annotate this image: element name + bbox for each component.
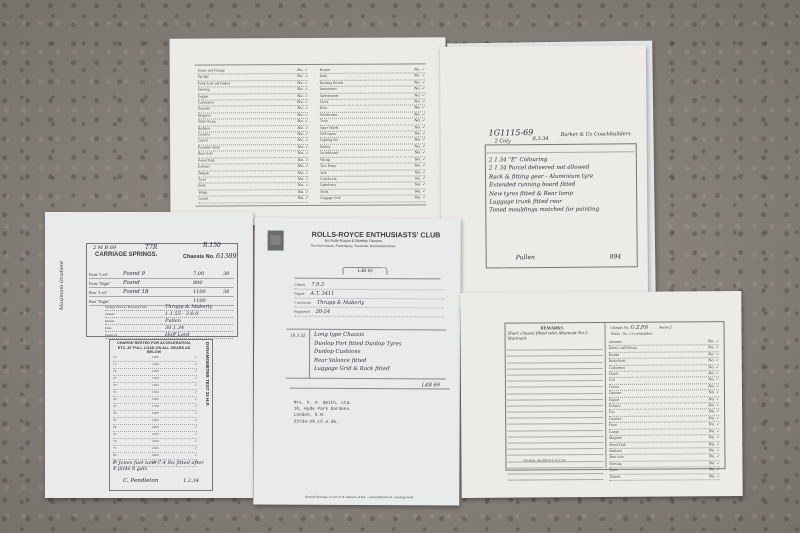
springs-row: Rear "Left"Fosnd 18110038 [89,288,234,297]
checklist-mark: No. ✓ [414,67,425,72]
checklist-item: Running Boards [320,81,343,87]
springs-row-value: Fosnd 18 [123,289,173,295]
checklist-mark: No. ✓ [298,177,309,182]
springs-field-value: 1.1.55 - 3.0.0 [165,311,199,317]
checklist-mark: No. ✓ [298,170,309,175]
remarks-item: Bonnet [609,353,619,358]
remarks-mark: No. ✓ [709,467,720,472]
springs-field-label: Springs fitted to Bodying Firm [105,305,165,309]
springs-row-v2: 38 [223,289,229,295]
checklist-item: Horn [320,106,327,111]
remarks-footer: NO MAIL OR SERVICE TO CAR [523,458,565,462]
checklist-mark: No. ✓ [414,112,425,117]
checklist-item: Spare Wheel [320,125,338,131]
checklist-mark: No. ✓ [297,81,308,86]
checklist-mark: No. ✓ [297,126,308,131]
order-ref: 1G1115-69 [489,128,534,137]
checklist-item: Engine [198,94,208,99]
dyno-side-title: DYNAMOMETER TEST 25 H.P. [205,342,210,406]
checklist-mark: No. ✓ [297,119,308,124]
remarks-mark: No. ✓ [709,429,720,434]
checklist-mark: No. ✓ [298,158,309,163]
checklist-right-column: BonnetNo. ✓DashNo. ✓Running BoardsNo. ✓I… [320,67,426,202]
remarks-mark: No. ✓ [708,346,719,351]
checklist-item: Tyre Pump [320,164,336,169]
recipient-line: 22734-29.12.4.36. [294,419,352,426]
springs-handwritten-header: 2 M B 69 [93,245,116,251]
checklist-item: Hood [320,190,328,195]
springs-row-label: Rear "Right" [89,299,123,304]
checklist-item: Wings [198,190,207,195]
dyno-signature: C. Pendleton [123,478,158,484]
dyno-speed: 15 [113,362,116,368]
remarks-mark: No. ✓ [708,352,719,357]
remarks-mark: No. ✓ [709,461,720,466]
checklist-mark: No. ✓ [298,164,309,169]
springs-row-v1: 7.00 [193,271,223,277]
checklist-item: Wheels [198,171,209,176]
dyno-rpm: 2000 [152,425,159,431]
dyno-grid-row: 802400✓ [113,453,197,460]
checklist-mark: No. ✓ [297,132,308,137]
remarks-item: Coil [609,378,615,383]
checklist-left-column: Frame and FittingsNo. ✓SpringsNo. ✓Front… [198,68,309,203]
springs-field: InspectorHoff Lord [105,332,233,339]
remarks-mark: No. ✓ [708,397,719,402]
remarks-item: Carburettor [609,365,626,371]
checklist-row: Luggage GridNo. ✓ [320,196,425,203]
checklist-mark: No. ✓ [414,74,425,79]
checklist-mark: No. ✓ [414,131,425,136]
order-signature: Pullen [516,254,535,261]
dyno-speed: 20 [113,369,116,375]
remarks-item: Gearbox [609,417,621,422]
remarks-item: Cutout [609,385,619,390]
dyno-side-value: 25 H.P. [205,392,210,406]
dyno-rpm: 2300 [152,446,159,452]
checklist-mark: No. ✓ [298,190,309,195]
remarks-mark: No. ✓ [708,371,719,376]
letter-entry-value: Thrupp & Maberly [317,300,364,306]
remarks-mark: No. ✓ [709,435,720,440]
springs-type: T7R [145,244,157,251]
checklist-item: Exhaust [198,165,210,170]
checklist-item: Dynamo [198,107,210,112]
dyno-mark: ✓ [194,432,197,438]
remarks-item: Engine [609,398,619,403]
letter-entry-label: Coachwork [294,301,311,305]
order-customer: Barker & Co Coachbuilders [561,131,631,138]
springs-row-value: Fosnd 9 [123,271,173,277]
checklist-item: Coachwork [320,177,337,182]
checklist-mark: No. ✓ [297,68,308,73]
remarks-sheet-document: REMARKS. Short chassis fitted with Altam… [460,291,742,498]
remarks-item: Tyres [610,468,618,473]
checklist-mark: No. ✓ [297,100,308,105]
checklist-mark: No. ✓ [415,183,426,188]
checklist-mark: No. ✓ [414,138,425,143]
order-line: Toned mouldings matched for painting [489,206,599,215]
dyno-grid-row: 652100✓ [113,432,197,439]
checklist-item: Bonnet [320,68,330,73]
dyno-speed: 55 [113,418,116,424]
letter-entry-label: Chassis [294,283,305,287]
springs-row-v1: 1100 [193,289,223,295]
checklist-item: Speedometer [320,93,339,99]
checklist-mark: No. ✓ [414,80,425,85]
dyno-mark: ✓ [194,446,197,452]
checklist-item: Instruments [320,87,337,92]
dyno-mark: ✓ [194,362,197,368]
dyno-rpm: 1400 [152,383,159,389]
dyno-rpm: 2400 [152,453,159,459]
checklist-item: Upholstery [320,183,336,188]
remarks-mark: No. ✓ [709,410,720,415]
checklist-mark: No. ✓ [297,106,308,111]
checklist-mark: No. ✓ [415,189,426,194]
remarks-mark: No. ✓ [709,448,720,453]
checklist-item: Propeller Shaft [198,145,220,151]
dyno-grid-row: 301400✓ [113,383,197,390]
checklist-item: Lighting Set [320,138,338,143]
dyno-grid-row: 101000✓ [113,355,197,362]
checklist-item: Petrol Tank [198,158,215,163]
order-date: 8.3.34 [533,136,549,142]
chassis-label: Chassis No. [183,254,214,260]
remarks-item: Magneto [609,436,622,441]
remarks-mark: No. ✓ [708,378,719,383]
club-address: The Hunt House, Paulerspury, Towcester, … [311,244,396,248]
remarks-item: Exhaust [609,404,621,409]
order-card-document: 1G1115-69 2 Coly 8.3.34 Barker & Co Coac… [440,45,648,309]
letter-recipient: Mrs. F. H. Smith, Ltd.10, Hyde Park Gard… [294,401,352,426]
dyno-speed: 70 [113,439,116,445]
dyno-speed: 80 [113,453,116,459]
dyno-mark: ✓ [194,439,197,445]
dyno-mark: ✓ [194,411,197,417]
checklist-item: Windscreen [320,113,337,118]
checklist-item: Clutch [198,139,208,144]
club-letter-document: ROLLS-ROYCE ENTHUSIASTS' CLUB for Rolls-… [253,217,460,505]
remarks-item: Lamps [609,430,619,435]
springs-row-v1: 800 [193,280,223,286]
club-crest-icon [268,231,284,251]
checklist-item: Switchboard [320,151,338,157]
dyno-speed: 45 [113,404,116,410]
checklist-mark: No. ✓ [414,106,425,111]
springs-field-label: Passed [105,319,165,323]
dyno-rpm: 1000 [152,355,159,361]
dyno-mark: ✓ [194,418,197,424]
checklist-item: Rear Axle [198,152,213,157]
springs-side-note: Maximum Gradient [59,261,65,310]
dyno-mark: ✓ [194,390,197,396]
checklist-mark: No. ✓ [415,151,426,156]
dyno-grid-row: 201200✓ [113,369,197,376]
dyno-speed: 25 [113,376,116,382]
springs-title: CARRIAGE SPRINGS. [95,252,157,258]
club-subtitle: for Rolls-Royce & Bentley Owners [325,239,382,243]
remarks-item: Ammeter [609,340,623,346]
remarks-chassis-label: Chassis No. [611,325,630,330]
checklist-mark: No. ✓ [415,170,426,175]
checklist-mark: No. ✓ [414,87,425,92]
springs-field-label: Date [105,326,165,330]
letter-entry-value: 7.9.3 [311,282,324,288]
dyno-mark: ✓ [194,397,197,403]
remarks-mark: No. ✓ [709,403,720,408]
remarks-mark: No. ✓ [708,365,719,370]
dyno-grid-row: 501800✓ [113,411,197,418]
remarks-item: Dynamo [609,391,621,396]
dyno-rpm: 1100 [152,362,159,368]
remarks-items: AmmeterNo. ✓Battery and FittingsNo. ✓Bon… [609,339,720,481]
dyno-title: CHARGE RESTED FOR ACCELERATION, ETC. AT … [113,341,195,355]
dyno-grid-row: 251300✓ [113,376,197,383]
checklist-mark: No. ✓ [297,113,308,118]
remarks-series-label: Series [659,325,669,330]
dyno-note: P. Jones fuel tank 7.4 lbs fitted after … [113,460,205,472]
checklist-item: Tyres [198,177,206,182]
dyno-grid-row: 151100✓ [113,362,197,369]
checklist-mark: No. ✓ [298,151,309,156]
springs-fields: Springs fitted to Bodying FirmThrupp & M… [105,304,233,339]
dyno-speed: 60 [113,425,116,431]
remarks-item-row: WheelsNo. ✓ [610,474,720,481]
remarks-item: Steering [609,462,621,467]
checklist-item: Water Pump [198,120,216,125]
letter-entry-value: A.T. 3411 [311,291,335,297]
letter-note: Luggage Grid & Rack fitted [314,365,401,374]
checklist-mark: No. ✓ [415,196,426,201]
checklist-item: Body [198,184,206,189]
springs-table: Front "Left"Fosnd 97.0038Front "Right"Fo… [89,270,234,306]
springs-field-label: Tickets [105,312,165,316]
checklist-item: Springs [198,75,209,80]
checklist-item: Carburettor [198,101,215,106]
remarks-mark: No. ✓ [709,474,720,479]
checklist-item: Clock [320,100,329,105]
dyno-speed: 30 [113,383,116,389]
checklist-item: Tools [320,119,328,124]
letter-entries: Chassis7.9.3EngineA.T. 3411CoachworkThru… [294,281,444,318]
dyno-date: 1.2.34 [183,478,199,484]
checklist-mark: No. ✓ [415,157,426,162]
remarks-item: Fan [609,410,614,415]
springs-field: Tickets1.1.55 - 3.0.0 [105,311,233,318]
remarks-series-value: J [670,325,672,330]
remarks-item: Radiator [609,449,621,454]
springs-row-value: Fosnd [123,280,173,286]
checklist-item: Luggage Grid [320,196,340,202]
dyno-speed: 65 [113,432,116,438]
dyno-grid: 101000✓151100✓201200✓251300✓301400✓35150… [113,355,197,467]
dyno-mark: ✓ [194,404,197,410]
remarks-mark: No. ✓ [708,358,719,363]
remarks-item: Petrol Tank [609,442,626,448]
remarks-item: Battery and Fittings [609,346,638,352]
dyno-speed: 10 [113,355,116,361]
dyno-mark: ✓ [194,369,197,375]
letter-entry-label: Engine [294,292,304,296]
springs-field-label: Inspector [105,333,165,337]
remarks-ruled-line [508,474,604,481]
dyno-speed: 40 [113,397,116,403]
remarks-chassis-no: G.Z.P.6 [631,325,649,331]
springs-row: Front "Left"Fosnd 97.0038 [89,270,234,279]
letter-entry: Registered20-24 [294,308,444,318]
checklist-item: Wiring [320,158,330,163]
checklist-item: Battery [320,145,331,150]
letter-note: Long type Chassis [314,331,401,340]
carriage-springs-document: 2 M B 69 T7R R.150 CARRIAGE SPRINGS. Cha… [45,212,253,498]
checklist-mark: No. ✓ [298,196,309,201]
remarks-mark: No. ✓ [709,422,720,427]
letter-date-note: 18.3.32 [290,333,305,338]
dyno-grid-row: 602000✓ [113,425,197,432]
letter-note: Dunlop Cushions [314,348,401,357]
dyno-grid-row: 351500✓ [113,390,197,397]
letter-ref-right: L4B 69 [422,382,440,388]
checklist-item: Steering [198,88,210,93]
dyno-mark: ✓ [194,376,197,382]
dyno-rpm: 1600 [152,397,159,403]
checklist-mark: No. ✓ [414,93,425,98]
springs-field-value: Hoff Lord [165,332,189,338]
chassis-number: 61389 [216,252,237,260]
order-handwritten-lines: 2 1 34 "E" Colouring2 1 34 Parcel delive… [489,156,599,216]
springs-row-label: Front "Left" [89,272,123,277]
letter-tab-label: L4B 69 [342,267,387,275]
remarks-mark: No. ✓ [708,390,719,395]
dyno-rpm: 1300 [152,376,159,382]
dyno-rpm: 1500 [152,390,159,396]
dyno-grid-row: 401600✓ [113,397,197,404]
springs-row-label: Front "Right" [89,281,123,286]
remarks-item: Clutch [609,372,619,377]
dyno-mark: ✓ [194,425,197,431]
dyno-mark: ✓ [194,355,197,361]
remarks-body-label: Works - No. 5 Coachbuilders [611,332,653,336]
remarks-item: Rear Axle [609,455,624,461]
checklist-mark: No. ✓ [298,183,309,188]
remarks-mark: No. ✓ [708,384,719,389]
dyno-speed: 75 [113,446,116,452]
springs-row: Front "Right"Fosnd800 [89,279,234,288]
remarks-mark: No. ✓ [708,339,719,344]
dyno-side-title-text: DYNAMOMETER TEST [205,342,210,391]
checklist-mark: No. ✓ [415,144,426,149]
remarks-item: Brake Rods [609,359,626,365]
checklist-item: Frame and Fittings [198,68,225,74]
remarks-note: Short chassis fitted with Altamont No.5 … [508,330,603,341]
dyno-speed: 50 [113,411,116,417]
dyno-rpm: 1700 [152,404,159,410]
checklist-mark: No. ✓ [415,176,426,181]
checklist-item: Dash [320,74,327,79]
dyno-grid-row: 551900✓ [113,418,197,425]
checklist-item: Radiator [198,126,210,131]
checklist-mark: No. ✓ [297,138,308,143]
springs-field: PassedPullen [105,318,233,325]
checklist-item: Self Starter [320,132,336,137]
remarks-item: Wheels [610,474,621,479]
checklist-item: Magneto [198,113,211,118]
checklist-mark: No. ✓ [415,163,426,168]
springs-field-value: Pullen [165,318,181,324]
letter-footer: General Secretary: Lt.-Col. E. B. Harris… [273,495,445,500]
dyno-speed: 35 [113,390,116,396]
springs-field-value: Thrupp & Maberly [165,304,212,310]
checklist-mark: No. ✓ [297,94,308,99]
dyno-rpm: 1200 [152,369,159,375]
dyno-grid-row: 451700✓ [113,404,197,411]
checklist-row: LampsNo. ✓ [198,196,308,203]
checklist-mark: No. ✓ [414,99,425,104]
dyno-rpm: 1800 [152,411,159,417]
remarks-mark: No. ✓ [709,416,720,421]
springs-field: Springs fitted to Bodying FirmThrupp & M… [105,304,233,311]
springs-row-label: Rear "Left" [89,290,123,295]
springs-field: Date30.1.34 [105,325,233,332]
springs-field-value: 30.1.34 [165,325,184,331]
dyno-rpm: 1900 [152,418,159,424]
letter-entry-label: Registered [294,310,309,314]
springs-row-v2: 38 [223,271,229,277]
dyno-mark: ✓ [194,383,197,389]
checklist-mark: No. ✓ [298,145,309,150]
remarks-item: Horn [609,423,616,428]
checklist-mark: No. ✓ [414,119,425,124]
remarks-mark: No. ✓ [709,442,720,447]
dyno-mark: ✓ [194,453,197,459]
dyno-grid-row: 702200✓ [113,439,197,446]
letter-handwritten-notes: Long type ChassisDunlop Fort fitted Dunl… [314,331,402,374]
dyno-grid-row: 752300✓ [113,446,197,453]
letter-entry-value: 20-24 [316,309,330,315]
order-amount: 894 [610,253,622,260]
checklist-mark: No. ✓ [414,125,425,130]
top-checklist-document: Frame and FittingsNo. ✓SpringsNo. ✓Front… [170,37,447,225]
checklist-item: Gearbox [198,133,210,138]
checklist-item: Jack [320,170,326,175]
dyno-rpm: 2200 [152,439,159,445]
checklist-mark: No. ✓ [297,74,308,79]
dyno-rpm: 2100 [152,432,159,438]
checklist-item: Front Axle and Brakes [198,81,230,87]
checklist-mark: No. ✓ [297,87,308,92]
springs-ref: R.150 [203,242,221,249]
remarks-mark: No. ✓ [709,454,720,459]
checklist-item: Lamps [198,197,208,202]
